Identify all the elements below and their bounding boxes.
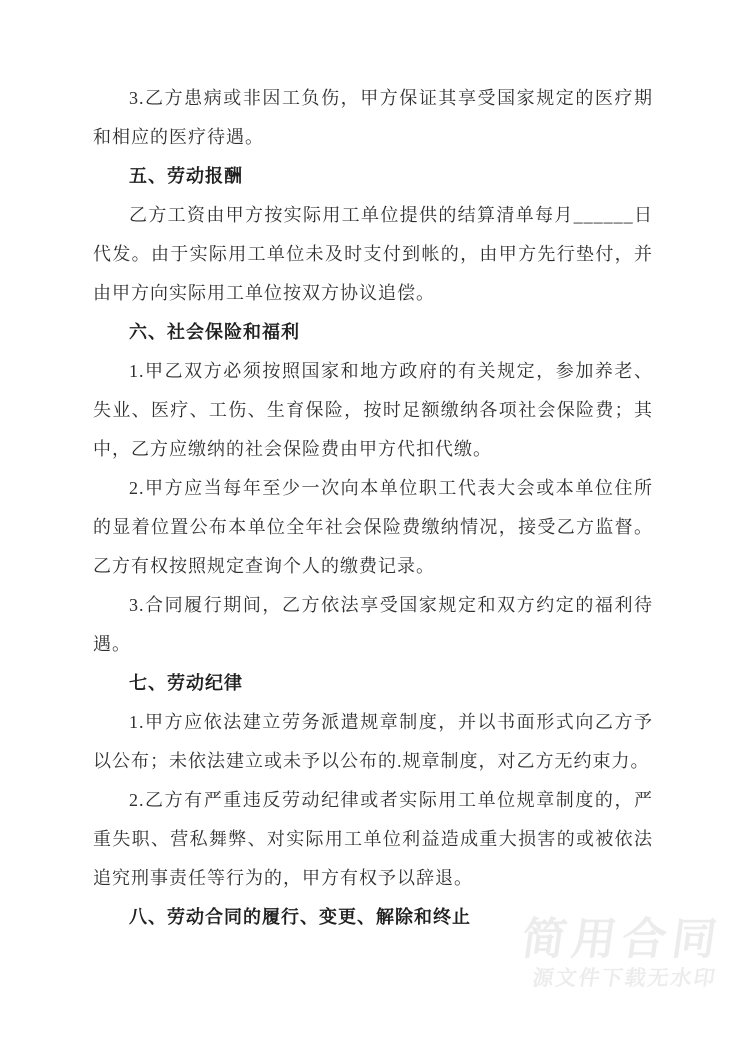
clause-wage-payment: 乙方工资由甲方按实际用工单位提供的结算清单每月______日代发。由于实际用工单… — [93, 196, 653, 313]
clause-rules-publication: 1.甲方应依法建立劳务派遣规章制度，并以书面形式向乙方予以公布；未依法建立或未予… — [93, 703, 653, 781]
section-heading-labor-discipline: 七、劳动纪律 — [93, 664, 653, 703]
clause-welfare-benefits: 3.合同履行期间，乙方依法享受国家规定和双方约定的福利待遇。 — [93, 586, 653, 664]
section-heading-labor-pay: 五、劳动报酬 — [93, 157, 653, 196]
contract-text-body: 3.乙方患病或非因工负伤，甲方保证其享受国家规定的医疗期和相应的医疗待遇。 五、… — [93, 79, 653, 937]
watermark-tagline-text: 源文件下载无水印 — [515, 964, 719, 994]
clause-insurance-disclosure: 2.甲方应当每年至少一次向本单位职工代表大会或本单位住所的显着位置公布本单位全年… — [93, 469, 653, 586]
clause-dismissal-conditions: 2.乙方有严重违反劳动纪律或者实际用工单位规章制度的，严重失职、营私舞弊、对实际… — [93, 781, 653, 898]
section-heading-social-insurance: 六、社会保险和福利 — [93, 313, 653, 352]
document-page: 3.乙方患病或非因工负伤，甲方保证其享受国家规定的医疗期和相应的医疗待遇。 五、… — [0, 0, 742, 1049]
section-heading-contract-termination: 八、劳动合同的履行、变更、解除和终止 — [93, 898, 653, 937]
clause-medical-treatment: 3.乙方患病或非因工负伤，甲方保证其享受国家规定的医疗期和相应的医疗待遇。 — [93, 79, 653, 157]
clause-insurance-participation: 1.甲乙双方必须按照国家和地方政府的有关规定，参加养老、失业、医疗、工伤、生育保… — [93, 352, 653, 469]
